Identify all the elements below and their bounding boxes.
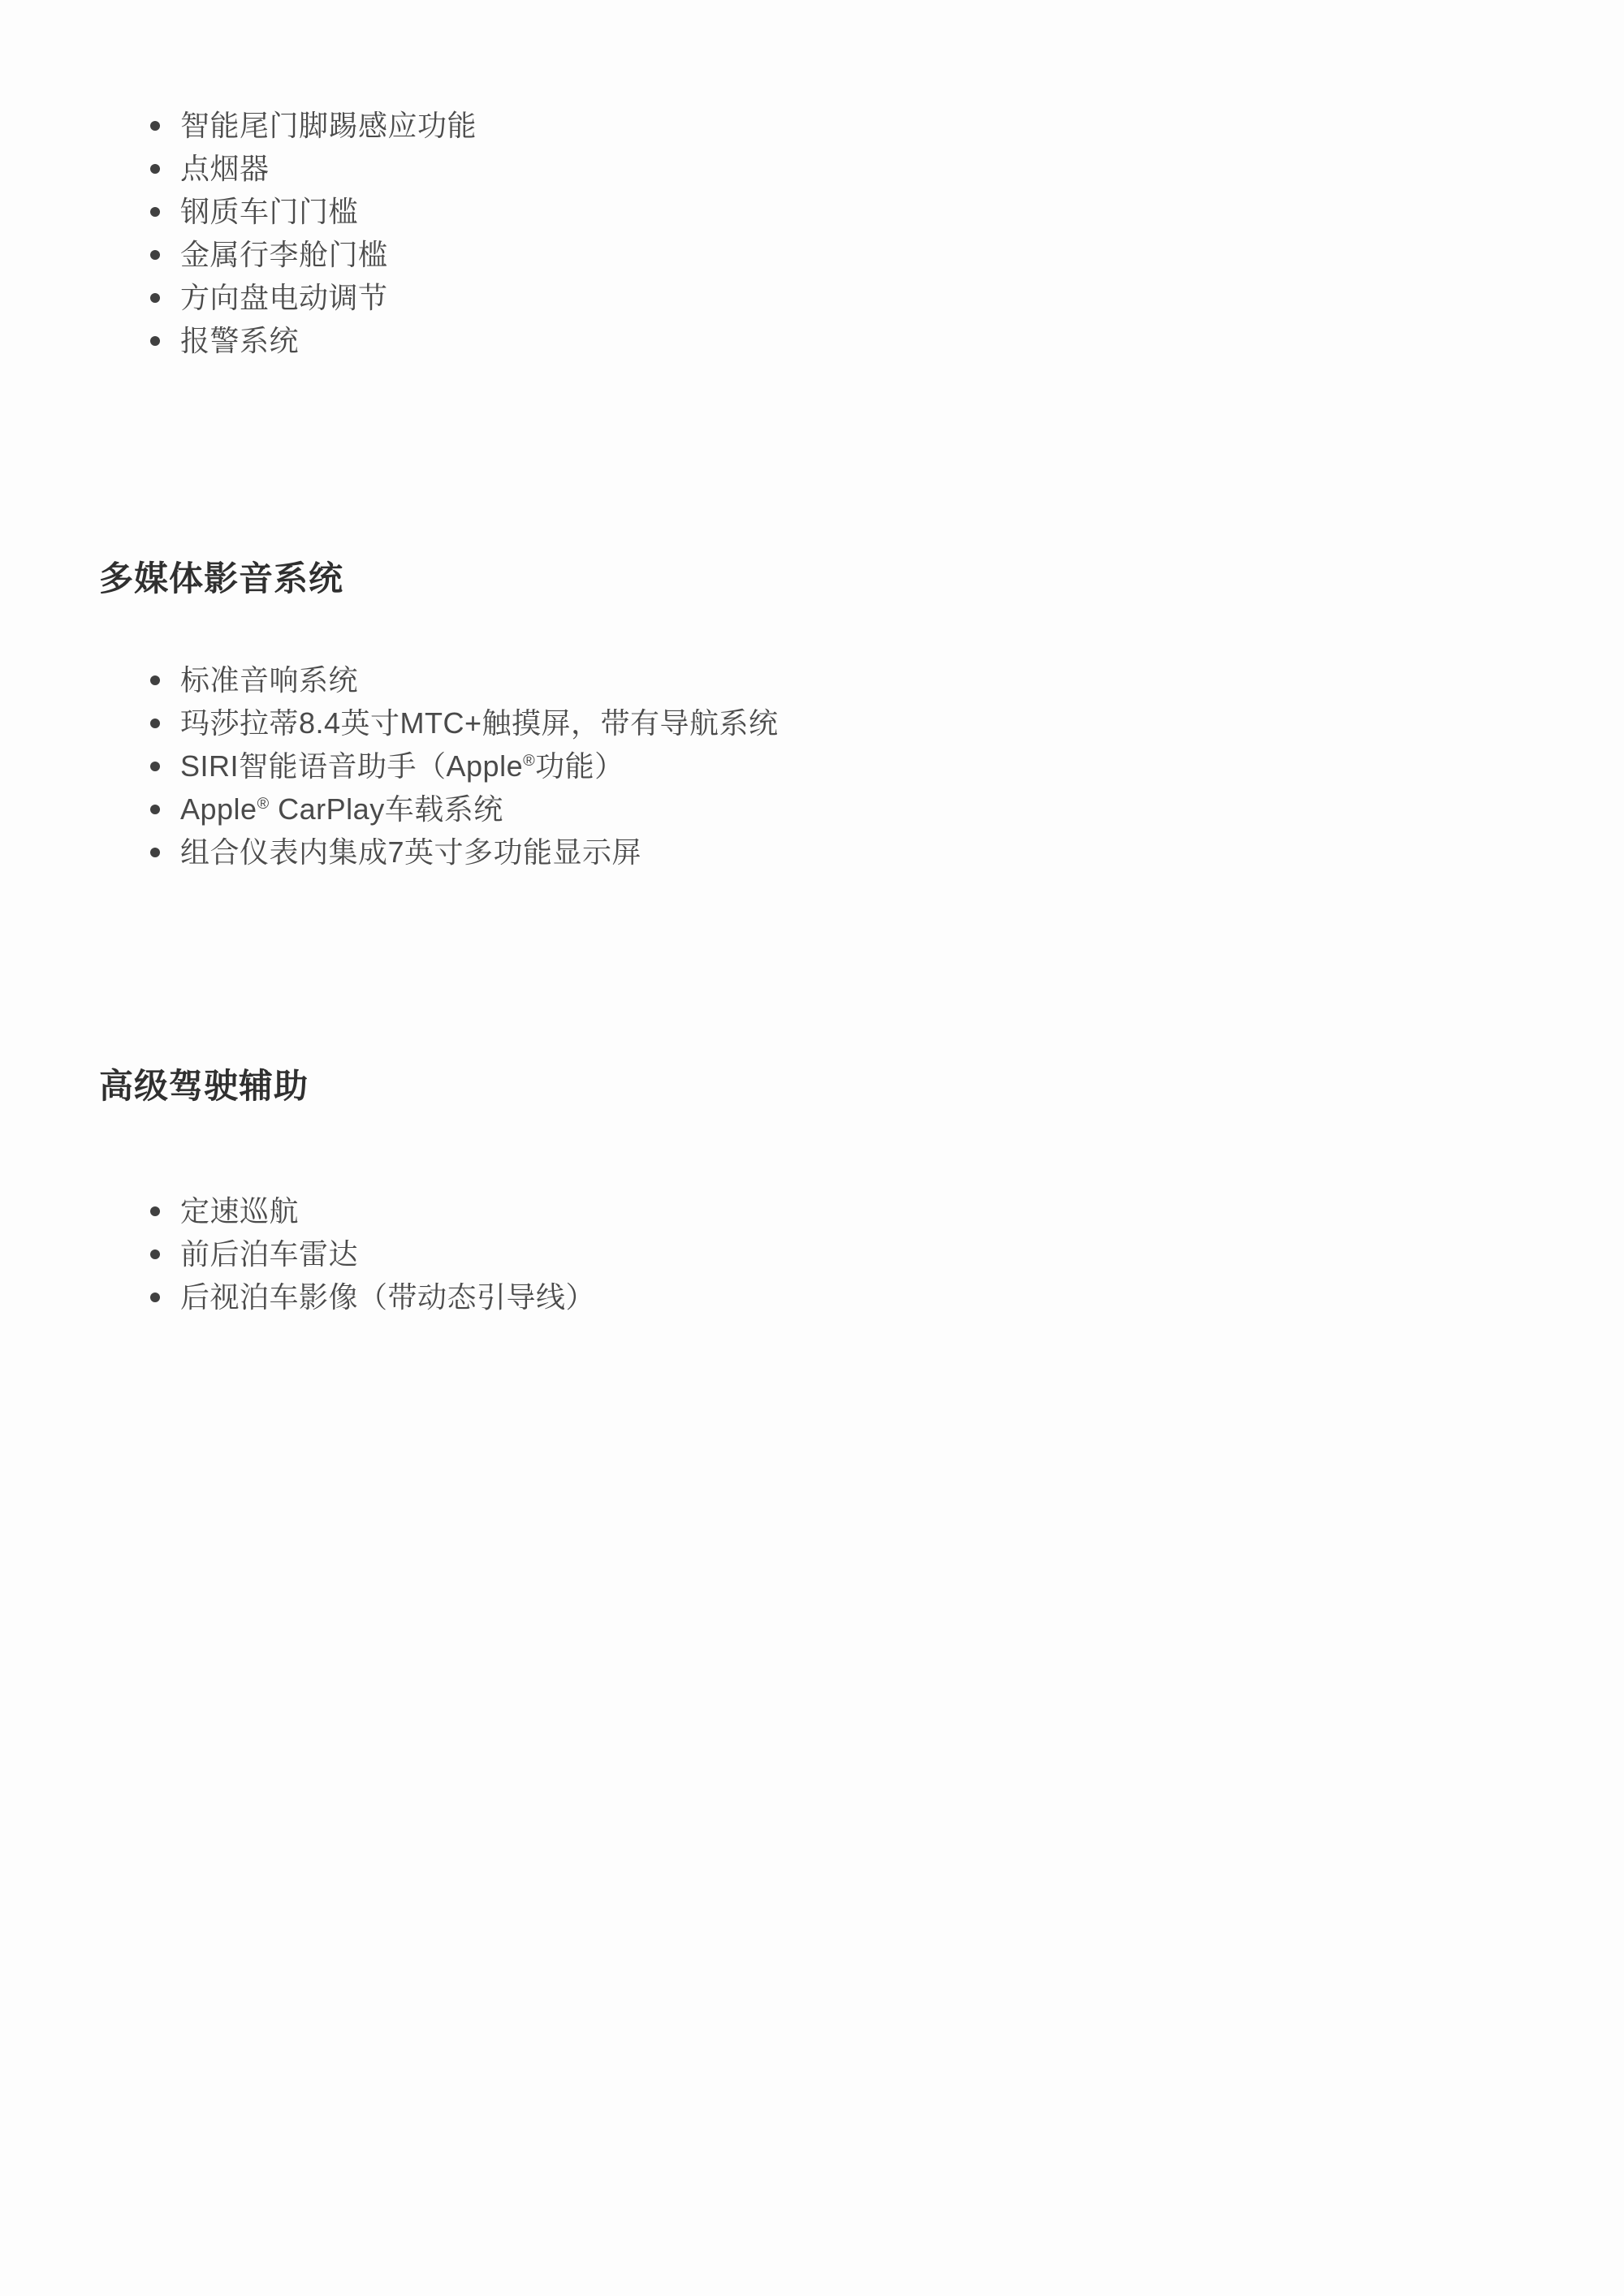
feature-item: 金属行李舱门槛 [180, 233, 1624, 276]
feature-item-text: 点烟器 [180, 152, 270, 185]
feature-item: 前后泊车雷达 [180, 1232, 1624, 1275]
feature-item-text: Apple® CarPlay车载系统 [180, 792, 503, 826]
feature-list: 定速巡航前后泊车雷达后视泊车影像（带动态引导线） [0, 1189, 1624, 1318]
feature-item-text: 后视泊车影像（带动态引导线） [180, 1280, 595, 1314]
feature-list: 标准音响系统玛莎拉蒂8.4英寸MTC+触摸屏，带有导航系统SIRI智能语音助手（… [0, 658, 1624, 874]
feature-item: 后视泊车影像（带动态引导线） [180, 1275, 1624, 1318]
feature-item-text: 报警系统 [180, 324, 299, 357]
spec-sheet-page: 智能尾门脚踢感应功能点烟器钢质车门门槛金属行李舱门槛方向盘电动调节报警系统多媒体… [0, 0, 1624, 2296]
spec-section: 高级驾驶辅助定速巡航前后泊车雷达后视泊车影像（带动态引导线） [0, 1066, 1624, 1318]
spec-section: 多媒体影音系统标准音响系统玛莎拉蒂8.4英寸MTC+触摸屏，带有导航系统SIRI… [0, 559, 1624, 874]
feature-item: 玛莎拉蒂8.4英寸MTC+触摸屏，带有导航系统 [180, 701, 1624, 744]
feature-item-text: 组合仪表内集成7英寸多功能显示屏 [180, 835, 641, 869]
feature-item: 点烟器 [180, 147, 1624, 190]
feature-item-text: SIRI智能语音助手（Apple®功能） [180, 749, 624, 783]
feature-item: SIRI智能语音助手（Apple®功能） [180, 744, 1624, 788]
feature-item-text: 玛莎拉蒂8.4英寸MTC+触摸屏，带有导航系统 [180, 706, 779, 740]
feature-item: 智能尾门脚踢感应功能 [180, 104, 1624, 147]
feature-item-text: 前后泊车雷达 [180, 1237, 358, 1271]
feature-item-text: 定速巡航 [180, 1194, 299, 1228]
feature-item-text: 智能尾门脚踢感应功能 [180, 109, 477, 142]
feature-item: 报警系统 [180, 319, 1624, 362]
spec-section: 智能尾门脚踢感应功能点烟器钢质车门门槛金属行李舱门槛方向盘电动调节报警系统 [0, 104, 1624, 362]
feature-item-text: 方向盘电动调节 [180, 281, 388, 314]
feature-item: 标准音响系统 [180, 658, 1624, 701]
content: 智能尾门脚踢感应功能点烟器钢质车门门槛金属行李舱门槛方向盘电动调节报警系统多媒体… [0, 0, 1624, 1318]
feature-item: 方向盘电动调节 [180, 276, 1624, 319]
feature-item-text: 金属行李舱门槛 [180, 238, 388, 271]
feature-item-text: 标准音响系统 [180, 663, 358, 697]
section-heading: 多媒体影音系统 [99, 559, 1624, 599]
feature-item: 钢质车门门槛 [180, 190, 1624, 233]
section-heading: 高级驾驶辅助 [99, 1066, 1624, 1107]
feature-item-text: 钢质车门门槛 [180, 195, 358, 228]
feature-item: 定速巡航 [180, 1189, 1624, 1232]
feature-item: Apple® CarPlay车载系统 [180, 788, 1624, 831]
feature-item: 组合仪表内集成7英寸多功能显示屏 [180, 831, 1624, 874]
feature-list: 智能尾门脚踢感应功能点烟器钢质车门门槛金属行李舱门槛方向盘电动调节报警系统 [0, 104, 1624, 362]
